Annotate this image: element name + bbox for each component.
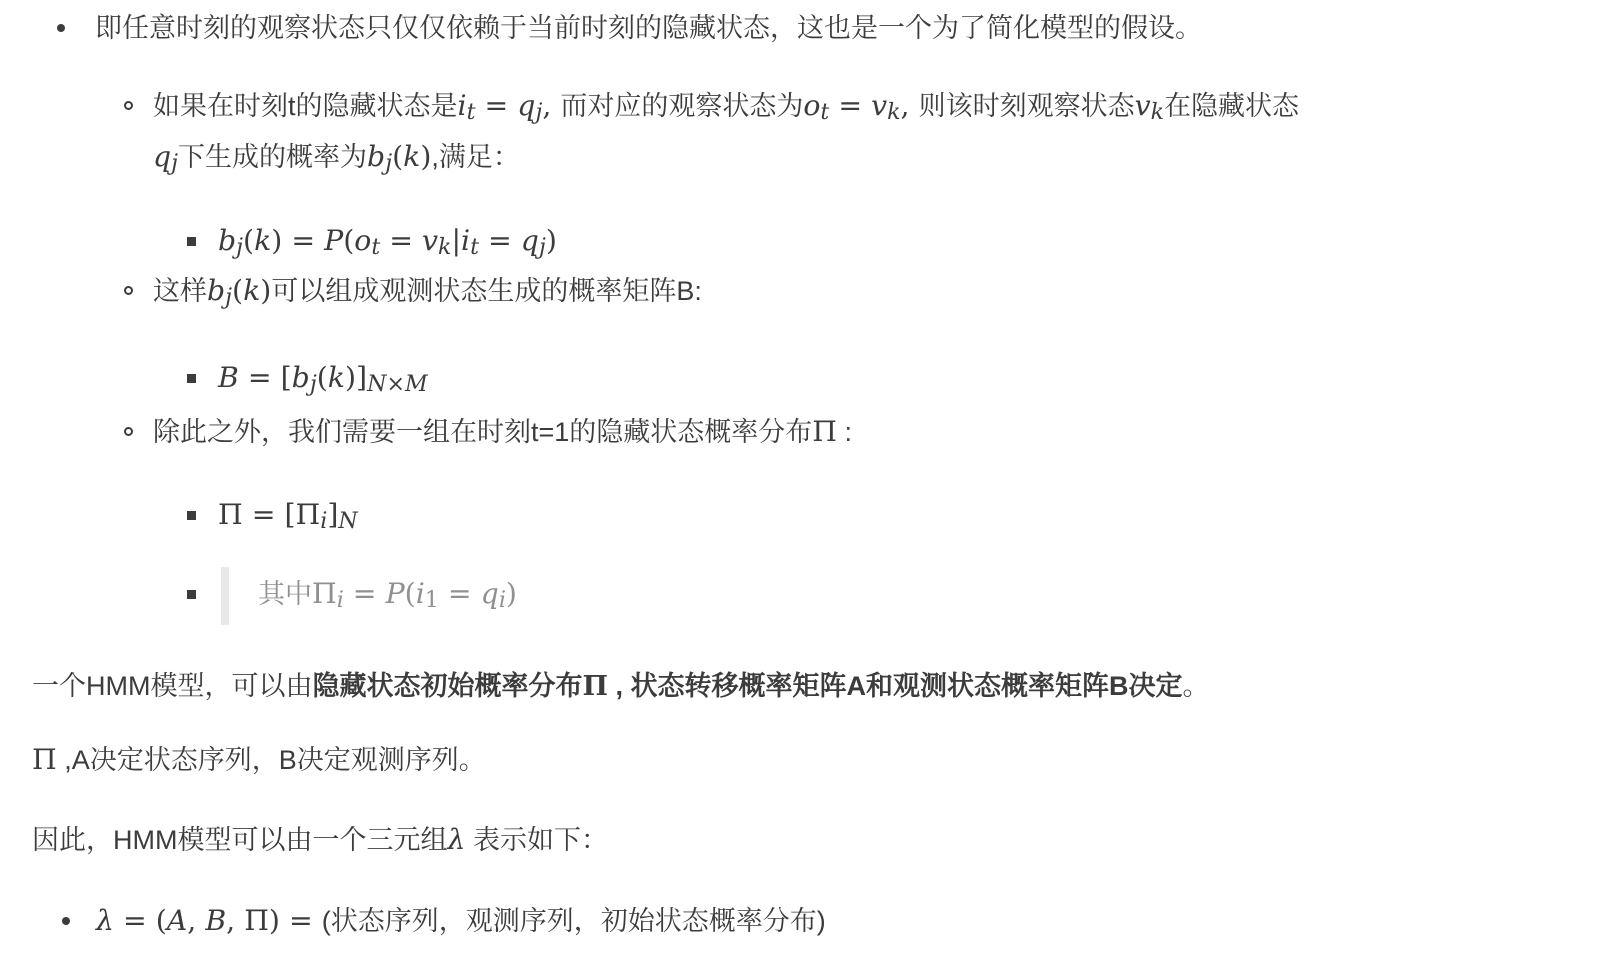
bullet-circle-icon	[124, 427, 133, 436]
formula-emission-probability: bj(k) = P(ot = vk|it = qj)	[0, 218, 1600, 270]
list-item-emission-prob-line1: 如果在时刻t的隐藏状态是it = qj, 而对应的观察状态为ot = vk, 则…	[0, 83, 1600, 135]
formula-text: B = [bj(k)]N×M	[218, 355, 1600, 407]
formula-matrix-b: B = [bj(k)]N×M	[0, 355, 1600, 407]
bullet-square-icon	[187, 237, 196, 246]
list-item-lambda-triple: λ = (A, B, Π) = (状态序列，观测序列，初始状态概率分布)	[0, 898, 1600, 944]
list-item-text: 即任意时刻的观察状态只仅仅依赖于当前时刻的隐藏状态，这也是一个为了简化模型的假设…	[95, 5, 1600, 51]
list-item-text: 如果在时刻t的隐藏状态是it = qj, 而对应的观察状态为ot = vk, 则…	[153, 83, 1600, 135]
paragraph-text: 一个HMM模型，可以由隐藏状态初始概率分布Π , 状态转移概率矩阵A和观测状态概…	[32, 663, 1600, 710]
paragraph-pi-a-b-roles: Π ,A决定状态序列，B决定观测序列。	[0, 737, 1600, 783]
paragraph-text: Π ,A决定状态序列，B决定观测序列。	[32, 737, 1600, 783]
paragraph-hmm-triple-intro: 因此，HMM模型可以由一个三元组λ 表示如下：	[0, 817, 1600, 863]
list-item-initial-distribution: 除此之外，我们需要一组在时刻t=1的隐藏状态概率分布Π :	[0, 409, 1600, 455]
bullet-square-icon	[187, 374, 196, 383]
blockquote-bar	[221, 567, 229, 625]
bullet-disc-icon	[57, 24, 65, 32]
bullet-circle-icon	[124, 101, 133, 110]
bullet-disc-icon	[62, 917, 70, 925]
list-item-emission-prob-line2: qj下生成的概率为bj(k),满足：	[0, 134, 1600, 186]
list-item-observation-assumption: 即任意时刻的观察状态只仅仅依赖于当前时刻的隐藏状态，这也是一个为了简化模型的假设…	[0, 5, 1600, 51]
paragraph-hmm-determined-by: 一个HMM模型，可以由隐藏状态初始概率分布Π , 状态转移概率矩阵A和观测状态概…	[0, 663, 1600, 710]
formula-pi-vector: Π = [Πi]N	[0, 492, 1600, 544]
list-item-text: 除此之外，我们需要一组在时刻t=1的隐藏状态概率分布Π :	[153, 409, 1600, 455]
list-item-text: qj下生成的概率为bj(k),满足：	[153, 134, 1600, 186]
bullet-square-icon	[187, 590, 196, 599]
formula-text: Π = [Πi]N	[218, 492, 1600, 544]
formula-text: bj(k) = P(ot = vk|it = qj)	[218, 218, 1600, 270]
blockquote-pi-definition: 其中Πi = P(i1 = qi)	[0, 571, 1600, 623]
blockquote-text: 其中Πi = P(i1 = qi)	[258, 571, 1600, 623]
bullet-square-icon	[187, 511, 196, 520]
bullet-circle-icon	[124, 286, 133, 295]
list-item-text: λ = (A, B, Π) = (状态序列，观测序列，初始状态概率分布)	[96, 898, 1600, 944]
list-item-text: 这样bj(k)可以组成观测状态生成的概率矩阵B:	[153, 268, 1600, 320]
paragraph-text: 因此，HMM模型可以由一个三元组λ 表示如下：	[32, 817, 1600, 863]
list-item-matrix-b: 这样bj(k)可以组成观测状态生成的概率矩阵B:	[0, 268, 1600, 320]
